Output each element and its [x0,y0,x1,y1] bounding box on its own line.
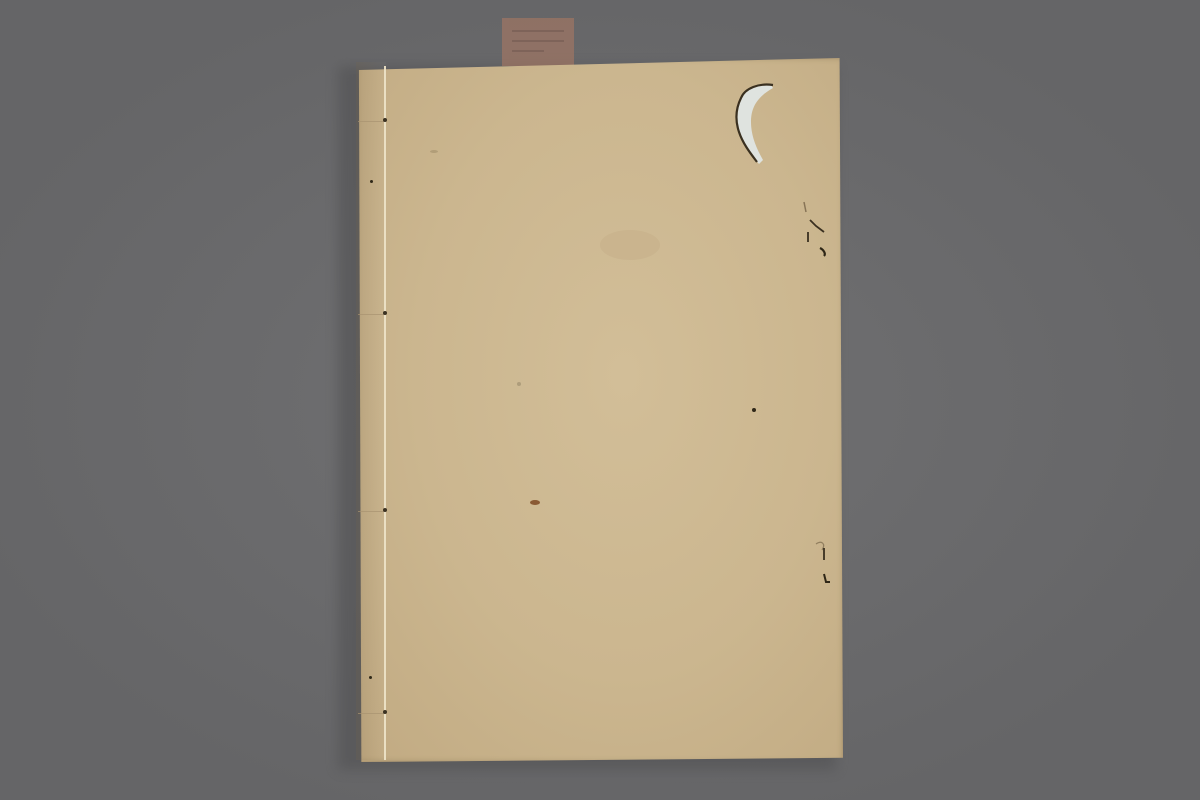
label-tab-mark [512,30,564,32]
stitch-wrap [358,713,384,714]
stitch-hole [383,508,387,512]
label-tab-mark [512,40,564,42]
ink-marks-upper [798,196,838,260]
stitch-wrap [358,121,384,122]
stitch-wrap [358,511,384,512]
stitch-hole [383,118,387,122]
ink-marks-lower [812,538,838,588]
ink-dot [752,408,756,412]
stitch-hole [383,311,387,315]
label-tab-mark [512,50,544,52]
torn-paper-patch [733,82,775,168]
discoloration [600,230,660,260]
faint-spot [430,150,438,153]
binding-thread [384,66,386,760]
stitch-wrap [358,314,384,315]
brown-stain [530,500,540,505]
stitch-hole [383,710,387,714]
spine-speck [369,676,372,679]
faint-spot [517,382,521,386]
faded-label-tab [502,18,574,66]
spine-fold [356,62,386,760]
spine-speck [370,180,373,183]
